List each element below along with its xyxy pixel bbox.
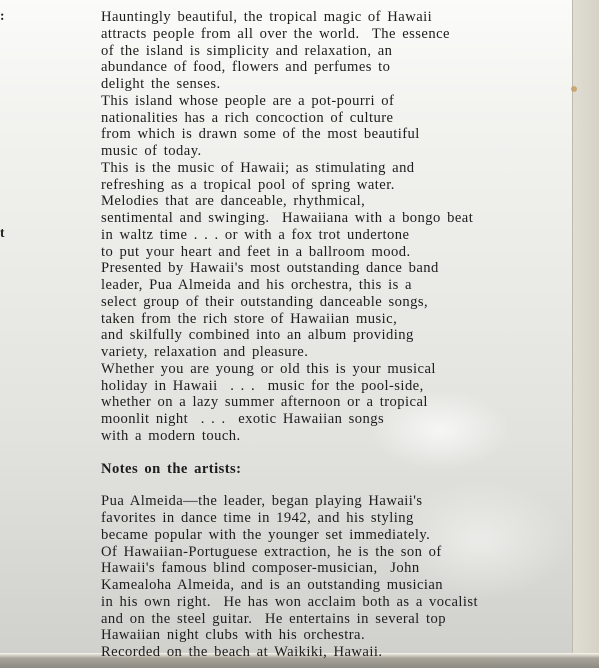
text-line: sentimental and swinging. Hawaiiana with… <box>101 210 531 227</box>
text-line: refreshing as a tropical pool of spring … <box>101 177 531 194</box>
text-line: in waltz time . . . or with a fox trot u… <box>101 227 531 244</box>
text-line: became popular with the younger set imme… <box>101 527 531 544</box>
text-line: Hauntingly beautiful, the tropical magic… <box>101 9 531 26</box>
text-line: and skilfully combined into an album pro… <box>101 327 531 344</box>
text-line: Of Hawaiian-Portuguese extraction, he is… <box>101 544 531 561</box>
text-line: holiday in Hawaii . . . music for the po… <box>101 378 531 395</box>
text-line: Hawaiian night clubs with his orchestra. <box>101 627 531 644</box>
text-line: Whether you are young or old this is you… <box>101 361 531 378</box>
text-line: attracts people from all over the world.… <box>101 26 531 43</box>
text-line: This is the music of Hawaii; as stimulat… <box>101 160 531 177</box>
text-line: Recorded on the beach at Waikiki, Hawaii… <box>101 644 531 661</box>
text-line: nationalities has a rich concoction of c… <box>101 110 531 127</box>
text-line: with a modern touch. <box>101 428 531 445</box>
cropped-margin-text-middle: t <box>0 225 5 241</box>
text-line: from which is drawn some of the most bea… <box>101 126 531 143</box>
text-line: abundance of food, flowers and perfumes … <box>101 59 531 76</box>
text-line: Presented by Hawaii's most outstanding d… <box>101 260 531 277</box>
notes-heading: Notes on the artists: <box>101 461 531 478</box>
text-line: moonlit night . . . exotic Hawaiian song… <box>101 411 531 428</box>
text-line: Hawaii's famous blind composer-musician,… <box>101 560 531 577</box>
text-line: to put your heart and feet in a ballroom… <box>101 244 531 261</box>
text-line: in his own right. He has won acclaim bot… <box>101 594 531 611</box>
text-line: select group of their outstanding dancea… <box>101 294 531 311</box>
intro-paragraph: Hauntingly beautiful, the tropical magic… <box>101 9 531 445</box>
text-line: of the island is simplicity and relaxati… <box>101 43 531 60</box>
cropped-margin-text-top: : <box>0 8 5 24</box>
text-line: and on the steel guitar. He entertains i… <box>101 611 531 628</box>
artist-notes-paragraph: Pua Almeida—the leader, began playing Ha… <box>101 493 531 661</box>
text-line: variety, relaxation and pleasure. <box>101 344 531 361</box>
text-line: delight the senses. <box>101 76 531 93</box>
text-line: taken from the rich store of Hawaiian mu… <box>101 311 531 328</box>
liner-notes-text: Hauntingly beautiful, the tropical magic… <box>101 9 531 661</box>
text-line: Pua Almeida—the leader, began playing Ha… <box>101 493 531 510</box>
sleeve-right-edge <box>572 0 599 668</box>
text-line: favorites in dance time in 1942, and his… <box>101 510 531 527</box>
paper-stain <box>571 86 577 92</box>
text-line: music of today. <box>101 143 531 160</box>
text-line: This island whose people are a pot-pourr… <box>101 93 531 110</box>
text-line: whether on a lazy summer afternoon or a … <box>101 394 531 411</box>
text-line: Kamealoha Almeida, and is an outstanding… <box>101 577 531 594</box>
text-line: Melodies that are danceable, rhythmical, <box>101 193 531 210</box>
text-line: leader, Pua Almeida and his orchestra, t… <box>101 277 531 294</box>
